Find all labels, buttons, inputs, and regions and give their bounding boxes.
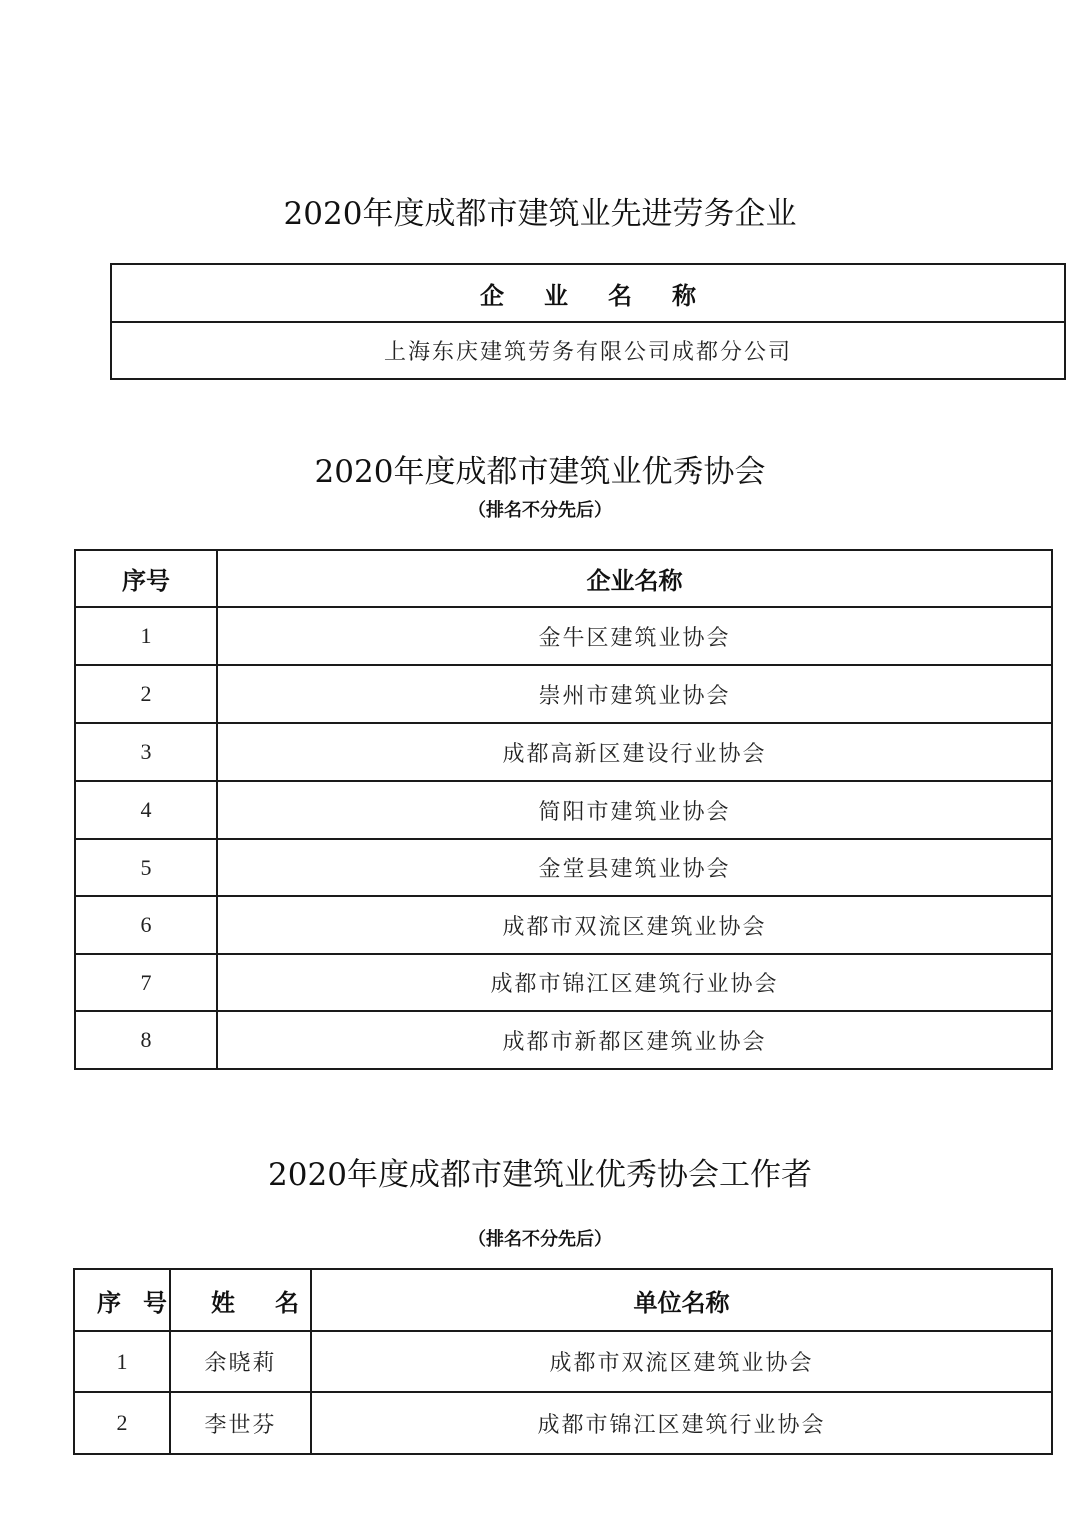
association-worker-table: 序号 姓名 单位名称 1 余晓莉 成都市双流区建筑业协会 2 李世芬 成都市锦江… xyxy=(73,1268,1053,1455)
association-name-cell: 成都市新都区建筑业协会 xyxy=(217,1011,1052,1069)
association-name-cell: 成都高新区建设行业协会 xyxy=(217,723,1052,781)
unit-name-header: 单位名称 xyxy=(311,1269,1052,1331)
table-row: 4 简阳市建筑业协会 xyxy=(75,781,1052,839)
table-row: 2 李世芬 成都市锦江区建筑行业协会 xyxy=(74,1392,1052,1454)
table-row: 7 成都市锦江区建筑行业协会 xyxy=(75,954,1052,1011)
index-cell: 1 xyxy=(74,1331,170,1392)
enterprise-name-header: 企业名称 xyxy=(111,264,1065,322)
index-header: 序号 xyxy=(74,1269,170,1331)
association-name-cell: 成都市锦江区建筑行业协会 xyxy=(217,954,1052,1011)
enterprise-name-cell: 上海东庆建筑劳务有限公司成都分公司 xyxy=(111,322,1065,379)
table-row: 上海东庆建筑劳务有限公司成都分公司 xyxy=(111,322,1065,379)
table-row: 1 余晓莉 成都市双流区建筑业协会 xyxy=(74,1331,1052,1392)
index-cell: 2 xyxy=(74,1392,170,1454)
table-row: 8 成都市新都区建筑业协会 xyxy=(75,1011,1052,1069)
section3-subtitle: （排名不分先后） xyxy=(0,1225,1080,1251)
person-name-cell: 李世芬 xyxy=(170,1392,311,1454)
index-cell: 5 xyxy=(75,839,217,896)
association-name-cell: 金堂县建筑业协会 xyxy=(217,839,1052,896)
unit-name-cell: 成都市锦江区建筑行业协会 xyxy=(311,1392,1052,1454)
association-name-cell: 金牛区建筑业协会 xyxy=(217,607,1052,665)
section3-title: 2020年度成都市建筑业优秀协会工作者 xyxy=(0,1149,1080,1194)
person-name-cell: 余晓莉 xyxy=(170,1331,311,1392)
index-cell: 4 xyxy=(75,781,217,839)
unit-name-cell: 成都市双流区建筑业协会 xyxy=(311,1331,1052,1392)
association-name-cell: 简阳市建筑业协会 xyxy=(217,781,1052,839)
index-cell: 3 xyxy=(75,723,217,781)
section1-title: 2020年度成都市建筑业先进劳务企业 xyxy=(0,188,1080,233)
index-cell: 2 xyxy=(75,665,217,723)
index-cell: 6 xyxy=(75,896,217,954)
index-cell: 7 xyxy=(75,954,217,1011)
table-row: 2 崇州市建筑业协会 xyxy=(75,665,1052,723)
section2-subtitle: （排名不分先后） xyxy=(0,496,1080,522)
table-row: 5 金堂县建筑业协会 xyxy=(75,839,1052,896)
person-name-header: 姓名 xyxy=(170,1269,311,1331)
table-row: 1 金牛区建筑业协会 xyxy=(75,607,1052,665)
index-cell: 1 xyxy=(75,607,217,665)
table-row: 6 成都市双流区建筑业协会 xyxy=(75,896,1052,954)
index-header: 序号 xyxy=(75,550,217,607)
labor-enterprise-table: 企业名称 上海东庆建筑劳务有限公司成都分公司 xyxy=(110,263,1066,380)
association-name-cell: 成都市双流区建筑业协会 xyxy=(217,896,1052,954)
association-name-cell: 崇州市建筑业协会 xyxy=(217,665,1052,723)
association-table: 序号 企业名称 1 金牛区建筑业协会 2 崇州市建筑业协会 3 成都高新区建设行… xyxy=(74,549,1053,1070)
table-row: 3 成都高新区建设行业协会 xyxy=(75,723,1052,781)
section2-title: 2020年度成都市建筑业优秀协会 xyxy=(0,446,1080,491)
index-cell: 8 xyxy=(75,1011,217,1069)
enterprise-name-header: 企业名称 xyxy=(217,550,1052,607)
